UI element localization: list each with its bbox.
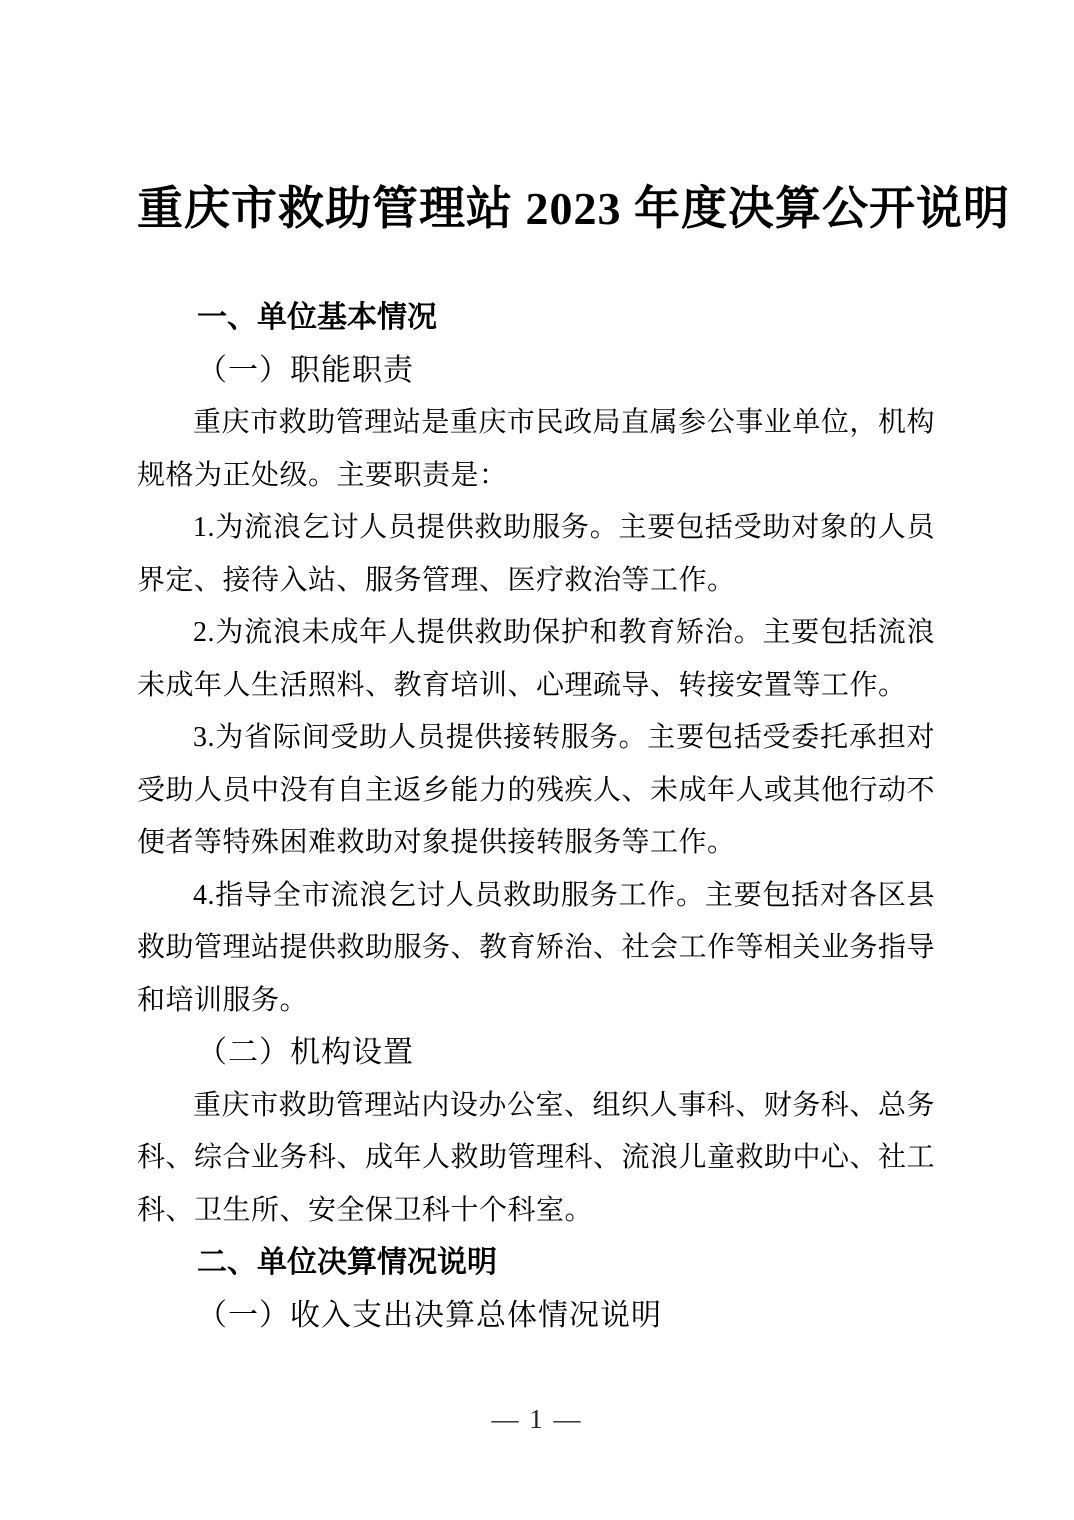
page-number: — 1 — bbox=[0, 1404, 1074, 1435]
paragraph-duty-3: 3.为省际间受助人员提供接转服务。主要包括受委托承担对受助人员中没有自主返乡能力… bbox=[137, 712, 935, 870]
paragraph-unit-overview: 重庆市救助管理站是重庆市民政局直属参公事业单位，机构规格为正处级。主要职责是： bbox=[137, 397, 935, 502]
paragraph-duty-2: 2.为流浪未成年人提供救助保护和教育矫治。主要包括流浪未成年人生活照料、教育培训… bbox=[137, 607, 935, 712]
subsection-heading-duties: （一）职能职责 bbox=[137, 345, 935, 398]
paragraph-duty-1: 1.为流浪乞讨人员提供救助服务。主要包括受助对象的人员界定、接待入站、服务管理、… bbox=[137, 502, 935, 607]
document-body: 重庆市救助管理站 2023 年度决算公开说明 一、单位基本情况 （一）职能职责 … bbox=[137, 0, 935, 1342]
document-page: 重庆市救助管理站 2023 年度决算公开说明 一、单位基本情况 （一）职能职责 … bbox=[0, 0, 1074, 1520]
section-heading-2: 二、单位决算情况说明 bbox=[137, 1237, 935, 1290]
paragraph-duty-4: 4.指导全市流浪乞讨人员救助服务工作。主要包括对各区县救助管理站提供救助服务、教… bbox=[137, 870, 935, 1028]
document-title: 重庆市救助管理站 2023 年度决算公开说明 bbox=[137, 178, 935, 240]
paragraph-structure: 重庆市救助管理站内设办公室、组织人事科、财务科、总务科、综合业务科、成年人救助管… bbox=[137, 1080, 935, 1238]
section-heading-1: 一、单位基本情况 bbox=[137, 292, 935, 345]
subsection-heading-budget-overview: （一）收入支出决算总体情况说明 bbox=[137, 1290, 935, 1343]
subsection-heading-structure: （二）机构设置 bbox=[137, 1027, 935, 1080]
